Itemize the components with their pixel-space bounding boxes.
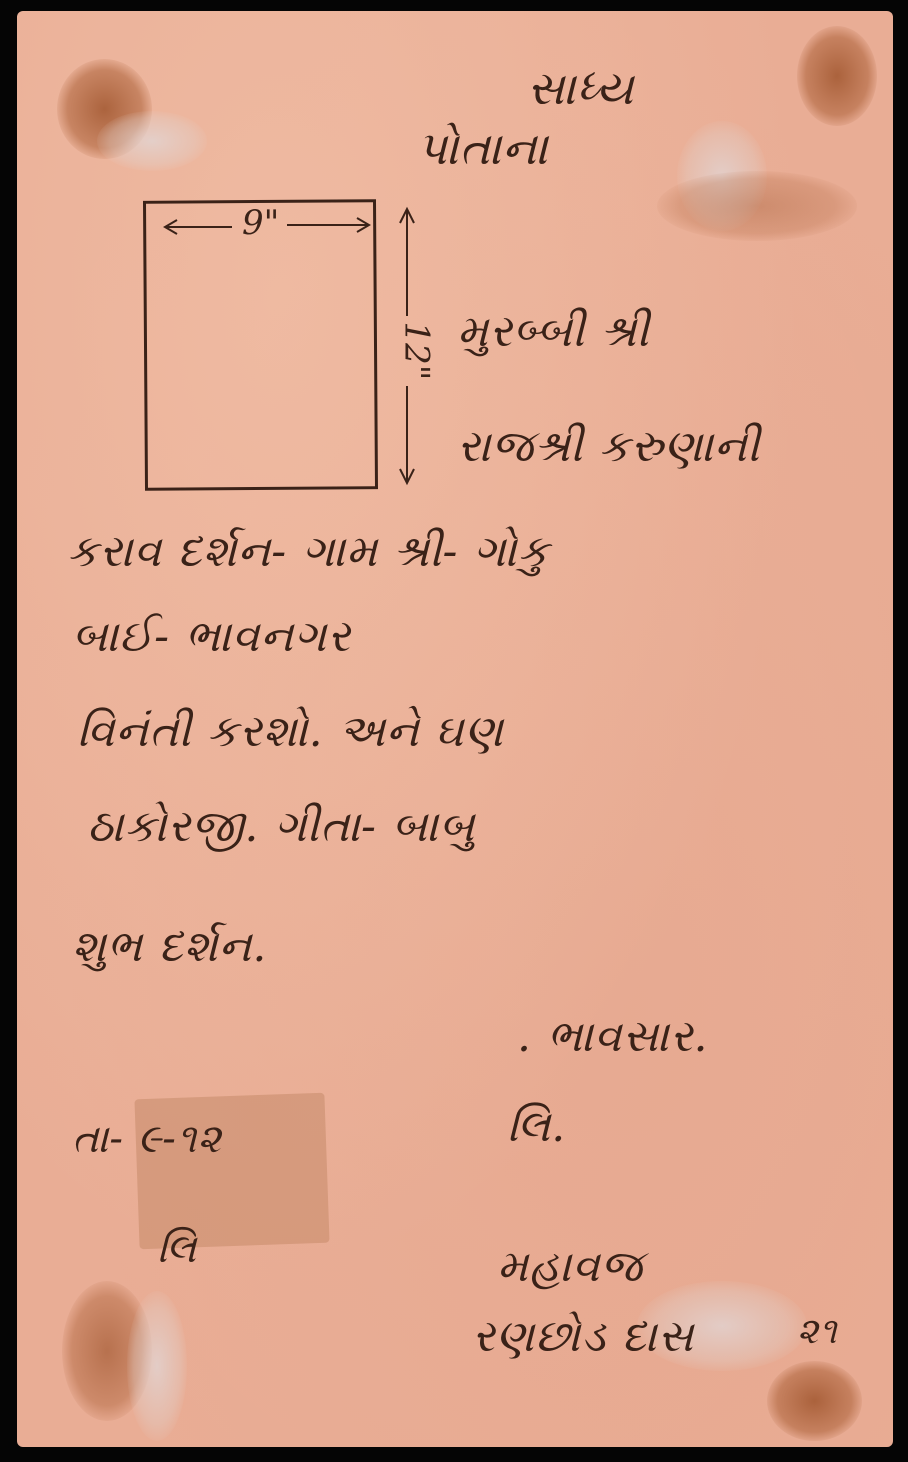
- signature-place: રણછોડ દાસ: [472, 1311, 694, 1362]
- left-note-2: લિ: [157, 1226, 197, 1272]
- width-label: 9": [242, 203, 279, 243]
- postcard: સાધ્ય પોતાના 9" 12" મુરબ્બી શ્રી રાજશ્રી…: [17, 11, 893, 1447]
- body-line-1: મુરબ્બી શ્રી: [457, 306, 650, 357]
- smudge-bottom-left: [127, 1291, 187, 1441]
- body-line-7: શુભ દર્શન.: [72, 921, 267, 972]
- dimension-arrows-icon: [17, 11, 893, 511]
- signature-name: મહાવજ: [497, 1241, 643, 1292]
- body-line-2: રાજશ્રી કરુણાની: [457, 421, 760, 472]
- left-date-note: તા- ૯-૧૨: [72, 1116, 222, 1162]
- signature-line-2: લિ.: [507, 1101, 566, 1152]
- body-line-3: કરાવ દર્શન- ગામ શ્રી- ગોકુ: [67, 526, 550, 577]
- corner-stain-bottom-right: [767, 1361, 862, 1441]
- body-line-6: ઠાકોરજી. ગીતા- બાબુ: [87, 801, 475, 852]
- height-label: 12": [396, 322, 436, 381]
- corner-mark: ૨૧: [797, 1311, 838, 1353]
- signature-line-1: . ભાવસાર.: [517, 1011, 709, 1062]
- body-line-4: બાઈ- ભાવનગર: [72, 611, 351, 662]
- body-line-5: વિનંતી કરશો. અને ઘણ: [77, 706, 504, 757]
